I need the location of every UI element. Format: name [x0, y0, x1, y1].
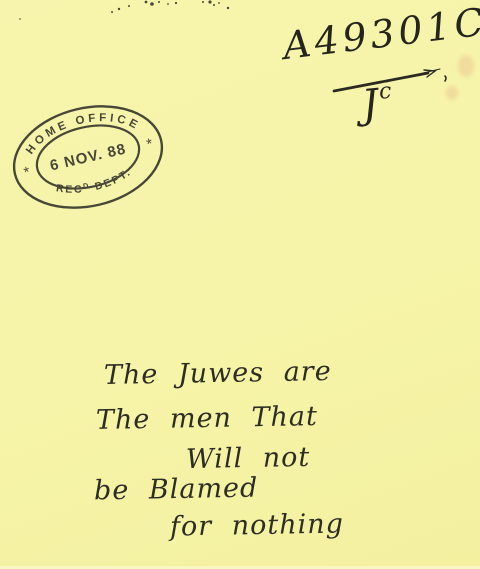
paper-stain [458, 55, 474, 77]
stamp-bottom-rest: DEPT. [88, 165, 136, 194]
underline-stroke [328, 60, 463, 95]
handwriting-line-5: for nothing [170, 508, 344, 542]
clerk-initials: Jc [360, 79, 394, 128]
stamp-bottom-prefix: REC [53, 177, 86, 202]
initials-superscript: c [378, 79, 392, 105]
initials-letter: J [360, 81, 380, 128]
paper-stain [446, 86, 458, 100]
handwriting-line-3: Will not [186, 442, 311, 475]
handwriting-line-4: be Blamed [94, 473, 259, 507]
stamp-left-ornament-icon: * [22, 164, 32, 182]
handwriting-line-1: The Juwes are [104, 356, 332, 391]
home-office-stamp: HOME OFFICE RECD DEPT. 6 NOV. 88 * * [10, 101, 175, 221]
stamp-right-ornament-icon: * [145, 135, 155, 153]
stamp-date: 6 NOV. 88 [48, 140, 128, 174]
document-page: A49301C Jc HOME OFFICE RECD DEPT. 6 NO [0, 0, 480, 569]
handwriting-line-2: The men That [96, 401, 318, 436]
